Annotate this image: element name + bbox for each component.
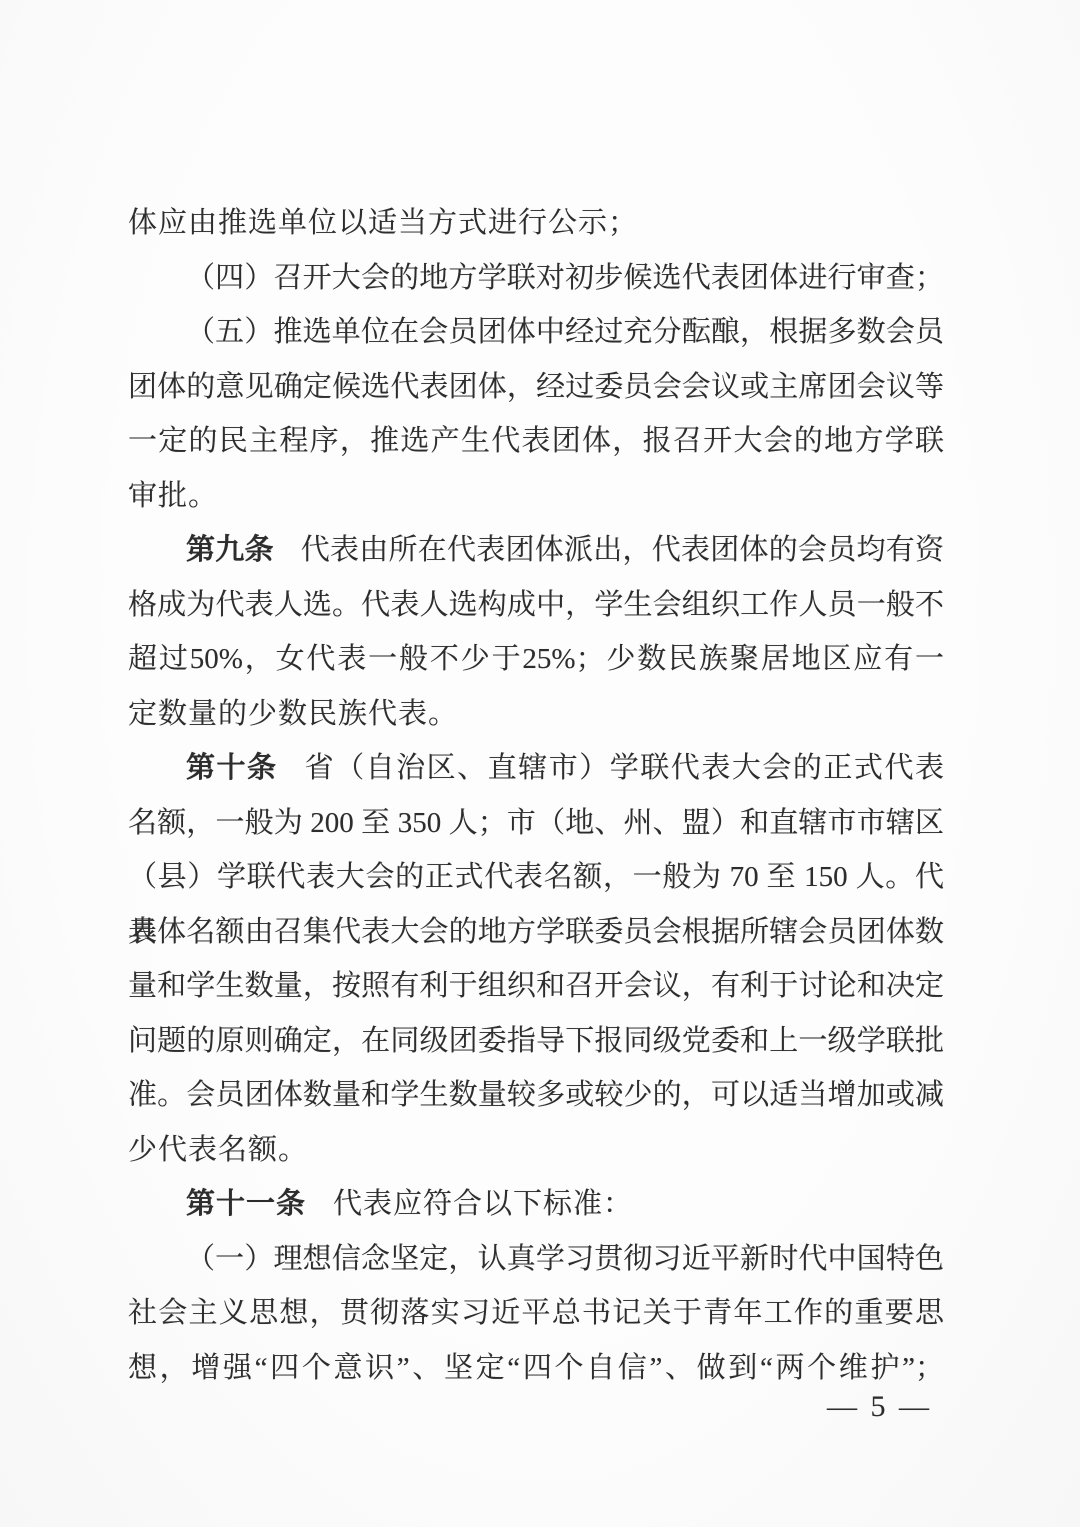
article-heading: 第九条 bbox=[186, 534, 274, 566]
text-line: （五）推选单位在会员团体中经过充分酝酿，根据多数会员 bbox=[128, 305, 944, 360]
document-page: 体应由推选单位以适当方式进行公示； （四）召开大会的地方学联对初步候选代表团体进… bbox=[0, 0, 1080, 1527]
text-line: 格成为代表人选。代表人选构成中，学生会组织工作人员一般不 bbox=[128, 578, 944, 633]
text-line: 问题的原则确定，在同级团委指导下报同级党委和上一级学联批 bbox=[128, 1014, 944, 1069]
document-body: 体应由推选单位以适当方式进行公示； （四）召开大会的地方学联对初步候选代表团体进… bbox=[128, 196, 944, 1395]
text-line: 超过50%，女代表一般不少于25%；少数民族聚居地区应有一 bbox=[128, 632, 944, 687]
text-line: 定数量的少数民族代表。 bbox=[128, 687, 944, 742]
text-line: 审批。 bbox=[128, 469, 944, 524]
article-heading: 第十一条 bbox=[186, 1188, 306, 1220]
page-number: — 5 — bbox=[827, 1390, 932, 1424]
text-line: 想，增强“四个意识”、坚定“四个自信”、做到“两个维护”； bbox=[128, 1341, 944, 1396]
text-line: 量和学生数量，按照有利于组织和召开会议，有利于讨论和决定 bbox=[128, 959, 944, 1014]
text-line: 团体的意见确定候选代表团体，经过委员会会议或主席团会议等 bbox=[128, 360, 944, 415]
text-line: 第十一条代表应符合以下标准： bbox=[128, 1177, 944, 1232]
text-line: 第十条省（自治区、直辖市）学联代表大会的正式代表 bbox=[128, 741, 944, 796]
text-line: 具体名额由召集代表大会的地方学联委员会根据所辖会员团体数 bbox=[128, 905, 944, 960]
text-line: 名额，一般为 200 至 350 人；市（地、州、盟）和直辖市市辖区 bbox=[128, 796, 944, 851]
article-heading: 第十条 bbox=[186, 752, 278, 784]
text-line: 第九条代表由所在代表团体派出，代表团体的会员均有资 bbox=[128, 523, 944, 578]
text-line: （四）召开大会的地方学联对初步候选代表团体进行审查； bbox=[128, 251, 944, 306]
text-line-body: 代表由所在代表团体派出，代表团体的会员均有资 bbox=[301, 534, 944, 566]
text-line: （一）理想信念坚定，认真学习贯彻习近平新时代中国特色 bbox=[128, 1232, 944, 1287]
text-line-body: 省（自治区、直辖市）学联代表大会的正式代表 bbox=[305, 752, 944, 784]
text-line: 社会主义思想，贯彻落实习近平总书记关于青年工作的重要思 bbox=[128, 1286, 944, 1341]
text-line: 少代表名额。 bbox=[128, 1123, 944, 1178]
text-line: 准。会员团体数量和学生数量较多或较少的，可以适当增加或减 bbox=[128, 1068, 944, 1123]
text-line: （县）学联代表大会的正式代表名额，一般为 70 至 150 人。代表 bbox=[128, 850, 944, 905]
text-line: 体应由推选单位以适当方式进行公示； bbox=[128, 196, 944, 251]
text-line-body: 代表应符合以下标准： bbox=[333, 1188, 633, 1220]
text-line: 一定的民主程序，推选产生代表团体，报召开大会的地方学联 bbox=[128, 414, 944, 469]
